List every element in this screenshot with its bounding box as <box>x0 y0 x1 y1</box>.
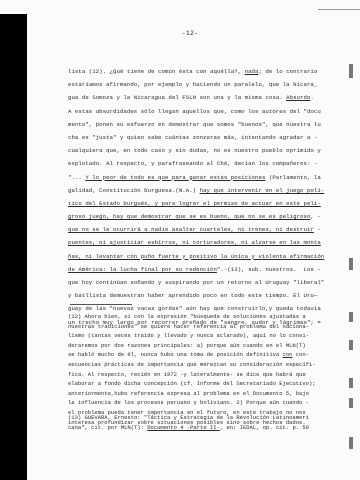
footnote-line: (12) Ahora bien, si con la expresión "bú… <box>68 312 352 322</box>
footnote-line: secuencias prácticas de importancia que … <box>68 360 352 370</box>
text-segment: que hoy continúan soñando y suspirando p… <box>68 279 324 286</box>
text-segment: gua de Somoza y la Nicaragua del FSLN so… <box>68 94 286 101</box>
footnote-line: la influencia de los procesos peruano y … <box>68 398 352 408</box>
text-segment: deraremos por dos razones principales: a… <box>68 342 306 349</box>
binding-mark <box>349 64 353 78</box>
footnote-12: (12) Ahora bien, si con la expresión "bú… <box>68 312 352 427</box>
text-segment: nuestras tradiciones" se quiere hacer re… <box>68 323 309 330</box>
text-segment: lista (12). ¿Qué tiene de común ésta con… <box>68 68 245 75</box>
text-segment: cana", cit. por MLN(T): <box>68 424 147 431</box>
text-segment: explotado. Al respecto, y parafraseando … <box>68 160 317 167</box>
text-segment: "... <box>68 174 85 181</box>
text-line: ñas, ni levantar con puño fuerte y posit… <box>68 250 352 263</box>
text-line: que hoy continúan soñando y suspirando p… <box>68 276 352 289</box>
text-line: A estas absurdidades sólo llegan aquello… <box>68 105 352 118</box>
page-number: -12- <box>0 30 360 37</box>
text-line: explotado. Al respecto, y parafraseando … <box>68 157 352 170</box>
text-segment: cha es "justa" y quien sabe cuántas zonz… <box>68 134 317 141</box>
scan-artifact-rule <box>318 9 360 10</box>
underlined-text: hay que intervenir en el juego polí- <box>200 187 325 194</box>
binding-mark <box>349 437 353 449</box>
text-segment: mento", ponen su esfuerzo en demostrar q… <box>68 121 321 128</box>
underlined-text: que no se le ocurrirá a nadie asaltar cu… <box>68 226 314 233</box>
text-segment: estaríamos afirmando, por ejemplo y haci… <box>68 81 317 88</box>
underlined-text: ñas, ni levantar con puño fuerte y posit… <box>68 253 324 260</box>
text-line: puentes, ni ajusticiar esbirros, ni tort… <box>68 236 352 249</box>
text-line: que no se le ocurrirá a nadie asaltar cu… <box>68 223 352 236</box>
footnote-line: deraremos por dos razones principales: a… <box>68 341 352 351</box>
underlined-text: Documento 4 -Parte II- <box>147 424 220 431</box>
footnote-line: se habló mucho de él, nunca hubo una tom… <box>68 350 352 360</box>
footnote-line: nuestras tradiciones" se quiere hacer re… <box>68 322 352 332</box>
text-segment: galidad, Constitución burguesa.(N.A.) <box>68 187 200 194</box>
binding-mark <box>349 258 353 270</box>
underlined-text: Absurdo <box>286 94 310 101</box>
text-segment: , en: IEDAL, op. cit. p. 59 <box>220 424 309 431</box>
underlined-text: nada <box>245 68 259 75</box>
footnote-line: cana", cit. por MLN(T): Documento 4 -Par… <box>68 423 352 433</box>
text-line: mento", ponen su esfuerzo en demostrar q… <box>68 118 352 131</box>
binding-mark <box>349 398 353 408</box>
binding-mark <box>349 312 353 322</box>
text-line: y batllista demuestran haber aprendido p… <box>68 289 352 302</box>
underlined-text: puentes, ni ajusticiar esbirros, ni tort… <box>68 239 321 246</box>
text-segment: (13) GUEVARA, Ernesto: "Táctica y Estrat… <box>68 414 309 421</box>
text-line: gua de Somoza y la Nicaragua del FSLN so… <box>68 91 352 104</box>
text-segment: (12) Ahora bien, si con la expresión "bú… <box>68 313 306 320</box>
text-line: groso juego, hay que demostrar que se es… <box>68 210 352 223</box>
text-line: "... Y lo peor de todo es que para ganar… <box>68 171 352 184</box>
text-segment: - <box>314 226 321 233</box>
underlined-text: con <box>283 351 293 358</box>
text-segment: , - <box>310 213 320 220</box>
binding-mark <box>349 378 353 388</box>
text-line: tico del Estado burgués, y para lograr e… <box>68 197 352 210</box>
text-segment: ; de lo contrario <box>258 68 317 75</box>
text-segment: cualquiera que, en todo caso y sin dudas… <box>68 147 321 154</box>
text-segment: ".-(13), sub. nuestros. Los - <box>217 266 321 273</box>
text-line: cualquiera que, en todo caso y sin dudas… <box>68 144 352 157</box>
text-segment: la influencia de los procesos peruano y … <box>68 399 309 406</box>
underlined-text: tico del Estado burgués, y para lograr e… <box>68 200 321 207</box>
footnote-line: fica. Al respecto, recién en 1972 -y lat… <box>68 370 352 380</box>
scan-edge-shadow <box>0 14 27 480</box>
text-segment: fica. Al respecto, recién en 1972 -y lat… <box>68 371 306 378</box>
text-segment: con- <box>292 351 309 358</box>
footnote-13: (13) GUEVARA, Ernesto: "Táctica y Estrat… <box>68 413 352 432</box>
footnote-line: elaborar a fondo dicha concepción (cf. I… <box>68 379 352 389</box>
footnote-line: (13) GUEVARA, Ernesto: "Táctica y Estrat… <box>68 413 352 423</box>
text-segment: elaborar a fondo dicha concepción (cf. I… <box>68 380 316 387</box>
text-line: de América: la lucha final por su redenc… <box>68 263 352 276</box>
footnote-line: lismo (tantas veces traído y llevado y n… <box>68 331 352 341</box>
footnote-separator <box>70 304 132 305</box>
text-segment: y batllista demuestran haber aprendido p… <box>68 292 317 299</box>
footnote-line: anteriormente,hubo referencia expresa al… <box>68 389 352 399</box>
text-segment: (Parlamento, la <box>265 174 320 181</box>
main-paragraph: lista (12). ¿Qué tiene de común ésta con… <box>68 65 352 329</box>
text-segment: se habló mucho de él, nunca hubo una tom… <box>68 351 283 358</box>
underlined-text: de América: la lucha final por su redenc… <box>68 266 217 273</box>
text-segment: . <box>310 94 313 101</box>
text-segment: anteriormente,hubo referencia expresa al… <box>68 390 309 397</box>
text-line: cha es "justa" y quien sabe cuántas zonz… <box>68 131 352 144</box>
text-line: lista (12). ¿Qué tiene de común ésta con… <box>68 65 352 78</box>
underlined-text: Y lo peor de todo es que para ganar esta… <box>85 174 265 181</box>
text-line: galidad, Constitución burguesa.(N.A.) ha… <box>68 184 352 197</box>
binding-mark <box>349 340 353 350</box>
text-segment: A estas absurdidades sólo llegan aquello… <box>68 108 321 115</box>
text-segment: secuencias prácticas de importancia que … <box>68 361 316 368</box>
text-line: estaríamos afirmando, por ejemplo y haci… <box>68 78 352 91</box>
text-segment: lismo (tantas veces traído y llevado y n… <box>68 332 309 339</box>
underlined-text: groso juego, hay que demostrar que se es… <box>68 213 310 220</box>
